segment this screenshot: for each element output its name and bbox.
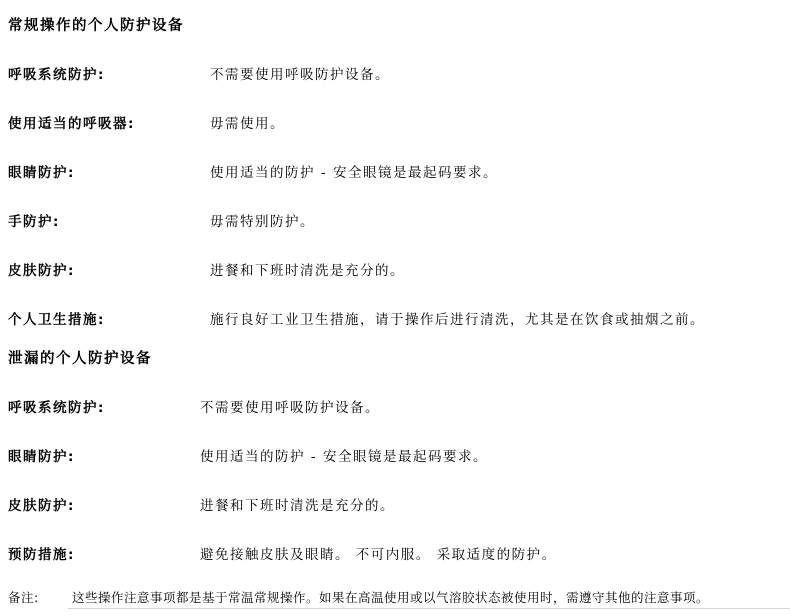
table-row: 预防措施: 避免接触皮肤及眼睛。 不可内服。 采取适度的防护。 — [8, 546, 784, 564]
ppe-safety-document: 常规操作的个人防护设备 呼吸系统防护: 不需要使用呼吸防护设备。 使用适当的呼吸… — [0, 0, 790, 606]
row-label-precaution: 预防措施: — [8, 546, 200, 564]
table-row: 使用适当的呼吸器: 毋需使用。 — [8, 115, 784, 133]
bottom-divider — [68, 608, 790, 609]
row-label-skin: 皮肤防护: — [8, 262, 210, 280]
table-row: 个人卫生措施: 施行良好工业卫生措施，请于操作后进行清洗，尤其是在饮食或抽烟之前… — [8, 311, 784, 329]
section-heading-routine: 常规操作的个人防护设备 — [8, 17, 784, 35]
section-heading-spill: 泄漏的个人防护设备 — [8, 350, 784, 368]
row-value: 施行良好工业卫生措施，请于操作后进行清洗，尤其是在饮食或抽烟之前。 — [210, 311, 784, 329]
row-label-hygiene: 个人卫生措施: — [8, 311, 210, 329]
table-row: 皮肤防护: 进餐和下班时清洗是充分的。 — [8, 497, 784, 515]
row-value: 使用适当的防护 - 安全眼镜是最起码要求。 — [210, 164, 784, 182]
table-row: 呼吸系统防护: 不需要使用呼吸防护设备。 — [8, 399, 784, 417]
table-row: 眼睛防护: 使用适当的防护 - 安全眼镜是最起码要求。 — [8, 448, 784, 466]
row-label-respiratory: 呼吸系统防护: — [8, 66, 210, 84]
row-value: 不需要使用呼吸防护设备。 — [210, 66, 784, 84]
table-row: 呼吸系统防护: 不需要使用呼吸防护设备。 — [8, 66, 784, 84]
row-value: 避免接触皮肤及眼睛。 不可内服。 采取适度的防护。 — [200, 546, 784, 564]
note-text: 这些操作注意事项都是基于常温常规操作。如果在高温使用或以气溶胶状态被使用时，需遵… — [72, 590, 784, 606]
row-label-eye: 眼睛防护: — [8, 164, 210, 182]
table-row: 眼睛防护: 使用适当的防护 - 安全眼镜是最起码要求。 — [8, 164, 784, 182]
section-spill-ppe: 泄漏的个人防护设备 呼吸系统防护: 不需要使用呼吸防护设备。 眼睛防护: 使用适… — [8, 350, 784, 564]
row-label-hand: 手防护: — [8, 213, 210, 231]
row-label-respirator: 使用适当的呼吸器: — [8, 115, 210, 133]
row-value: 进餐和下班时清洗是充分的。 — [210, 262, 784, 280]
row-value: 使用适当的防护 - 安全眼镜是最起码要求。 — [200, 448, 784, 466]
remark-note: 备注: 这些操作注意事项都是基于常温常规操作。如果在高温使用或以气溶胶状态被使用… — [8, 590, 784, 606]
row-value: 进餐和下班时清洗是充分的。 — [200, 497, 784, 515]
note-label: 备注: — [8, 590, 72, 606]
row-value: 毋需特别防护。 — [210, 213, 784, 231]
table-row: 手防护: 毋需特别防护。 — [8, 213, 784, 231]
row-label-eye: 眼睛防护: — [8, 448, 200, 466]
section-routine-handling: 常规操作的个人防护设备 呼吸系统防护: 不需要使用呼吸防护设备。 使用适当的呼吸… — [8, 17, 784, 329]
row-label-skin: 皮肤防护: — [8, 497, 200, 515]
table-row: 皮肤防护: 进餐和下班时清洗是充分的。 — [8, 262, 784, 280]
row-value: 毋需使用。 — [210, 115, 784, 133]
row-label-respiratory: 呼吸系统防护: — [8, 399, 200, 417]
row-value: 不需要使用呼吸防护设备。 — [200, 399, 784, 417]
